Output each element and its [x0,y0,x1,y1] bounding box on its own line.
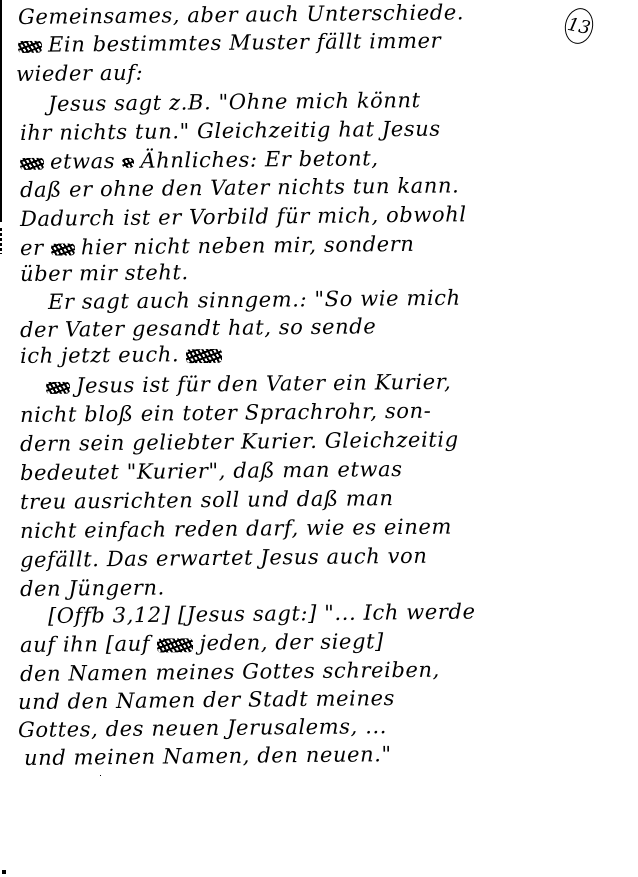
text-line: ihr nichts tun." Gleichzeitig hat Jesus [20,117,441,145]
text-line: Jesus sagt z.B. "Ohne mich könnt [48,88,421,116]
text-line: [Offb 3,12] [Jesus sagt:] "... Ich werde [48,600,476,628]
text-line: Gottes, des neuen Jerusalems, ... [18,714,387,742]
text-line: wieder auf: [16,61,143,86]
text-line: daß er ohne den Vater nichts tun kann. [20,173,460,202]
scan-speck [100,775,101,776]
text-line: nicht bloß ein toter Sprachrohr, son- [20,399,432,427]
text-line: gefällt. Das erwartet Jesus auch von [20,544,428,572]
strikeout-scribble [186,348,222,362]
strikeout-scribble [46,381,70,393]
text-line: ich jetzt euch. [20,342,229,368]
text-line: er hier nicht neben mir, sondern [20,232,415,260]
strikeout-scribble [20,157,44,169]
scan-border-dashes [0,228,2,254]
text-line: Jesus ist für den Vater ein Kurier, [46,370,452,398]
text-line: über mir steht. [20,260,189,286]
text-line: der Vater gesandt hat, so sende [20,314,377,342]
page-number: 13 [562,5,597,46]
text-line: den Namen meines Gottes schreiben, [20,658,440,686]
strikeout-scribble [51,243,75,255]
scan-border [0,0,2,222]
text-line: Gemeinsames, aber auch Unterschiede. [18,0,464,29]
strikeout-scribble [18,40,42,52]
text-line: Dadurch ist er Vorbild für mich, obwohl [20,202,467,231]
text-line: etwas Ähnliches: Er betont, [20,146,379,174]
handwritten-page: 13 Gemeinsames, aber auch Unterschiede. … [0,0,638,877]
text-line: dern sein geliebter Kurier. Gleichzeitig [20,427,459,456]
text-line: und den Namen der Stadt meines [18,686,395,714]
text-line: treu ausrichten soll und daß man [20,486,394,514]
strikeout-scribble [122,157,134,167]
scan-speck [2,870,6,874]
text-line: auf ihn [auf jeden, der siegt] [20,629,384,657]
text-line: den Jüngern. [20,575,165,601]
text-line: und meinen Namen, den neuen." [24,742,392,770]
text-line: bedeutet "Kurier", daß man etwas [20,457,403,485]
text-line: Ein bestimmtes Muster fällt immer [18,29,441,57]
text-line: nicht einfach reden darf, wie es einem [20,514,452,543]
strikeout-scribble [157,638,193,652]
text-line: Er sagt auch sinngem.: "So wie mich [48,286,461,314]
